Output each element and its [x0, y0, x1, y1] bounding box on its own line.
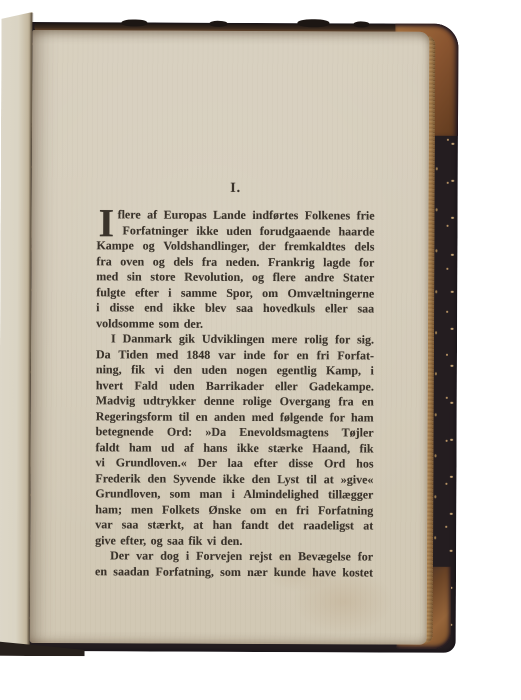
text-line: vi Grundloven.« Der laa efter disse Ord … — [95, 455, 373, 472]
text-line: Forfatninger ikke uden forudgaaende haar… — [122, 223, 374, 240]
text-line: faldt ham ud af hans ikke stærke Haand, … — [96, 440, 374, 457]
text-line: var saa stærkt, at han fandt det raadeli… — [95, 517, 373, 534]
text-line: Regeringsform til en anden med følgende … — [96, 409, 374, 426]
text-line: ham; men Folkets Ønske om en fri Forfatn… — [95, 502, 373, 519]
text-line: ning, fik vi den uden nogen egentlig Kam… — [96, 362, 374, 379]
worn-edge-bump — [209, 21, 227, 27]
text-line: fulgte efter i samme Spor, om Omvæltning… — [96, 285, 374, 302]
text-line: flere af Europas Lande indførtes Folkene… — [118, 207, 375, 224]
paragraph: Der var dog i Forvejen rejst en Bevægels… — [95, 548, 373, 580]
open-book: I. I flere af Europas Lande indførtes Fo… — [0, 0, 521, 700]
text-line: betegnende Ord: »Da Enevoldsmagtens Tøjl… — [96, 424, 374, 441]
text-line: Frederik den Syvende ikke den Lyst til a… — [95, 471, 373, 488]
text-block: I. I flere af Europas Lande indførtes Fo… — [95, 180, 375, 580]
paragraph: I flere af Europas Lande indførtes Folke… — [96, 207, 375, 332]
photo-background: I. I flere af Europas Lande indførtes Fo… — [0, 0, 521, 700]
text-line: give efter, og saa fik vi den. — [95, 533, 373, 550]
text-line: Der var dog i Forvejen rejst en Bevægels… — [95, 548, 373, 565]
text-line: Grundloven, som man i Almindelighed till… — [95, 486, 373, 503]
worn-edge-bump — [297, 19, 329, 27]
text-line: Kampe og Voldshandlinger, der fremkaldte… — [96, 238, 374, 255]
drop-cap: I — [98, 208, 114, 237]
chapter-number-heading: I. — [97, 180, 375, 196]
text-line: voldsomme som der. — [96, 316, 374, 333]
text-line: i disse end ikke blev saa hovedkuls elle… — [96, 300, 374, 317]
right-page: I. I flere af Europas Lande indførtes Fo… — [30, 30, 430, 645]
text-line: I Danmark gik Udviklingen mere rolig for… — [96, 331, 374, 348]
worn-edge-bump — [121, 19, 147, 26]
text-line: Da Tiden med 1848 var inde for en fri Fo… — [96, 347, 374, 364]
text-line: med sin store Revolution, og flere andre… — [96, 269, 374, 286]
text-line: fra oven og dels fra neden. Frankrig lag… — [96, 254, 374, 271]
text-line: hvert Fald uden Barrikader eller Gadekam… — [96, 378, 374, 395]
text-line: Madvig udtrykker denne rolige Overgang f… — [96, 393, 374, 410]
text-line: en saadan Forfatning, som nær kunde have… — [95, 564, 373, 581]
worn-edge-bump — [353, 21, 369, 27]
paragraph: I Danmark gik Udviklingen mere rolig for… — [95, 331, 374, 549]
